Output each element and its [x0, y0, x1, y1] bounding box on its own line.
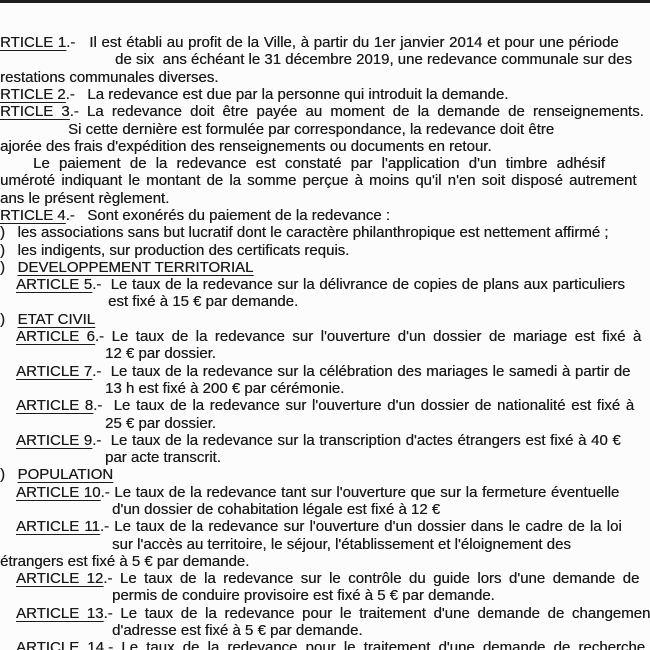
article-8-line-1-text: .- Le taux de la redevance sur l'ouvertu…: [93, 397, 634, 414]
article-6-line-1: ARTICLE 6.- Le taux de la redevance sur …: [16, 328, 641, 345]
exoneration-item-1-text: ) les associations sans but lucratif don…: [0, 224, 608, 241]
article-2-line-1-text: .- La redevance est due par la personne …: [66, 86, 509, 103]
section-population: ) POPULATION: [0, 466, 113, 483]
article-3-line-1-label: RTICLE 3: [0, 103, 70, 120]
article-1-line-1-label: RTICLE 1: [0, 34, 66, 51]
article-11-line-3: étrangers est fixé à 5 € par demande.: [0, 553, 249, 570]
document-page: RTICLE 1.- Il est établi au profit de la…: [0, 0, 650, 650]
article-3-line-1: RTICLE 3.- La redevance doit être payée …: [0, 103, 644, 120]
article-4-line-1: RTICLE 4.- Sont exonérés du paiement de …: [0, 207, 390, 224]
article-11-line-2: sur l'accès au territoire, le séjour, l'…: [112, 536, 571, 553]
article-8-line-2: 25 € par dossier.: [105, 415, 216, 432]
exoneration-item-2: ) les indigents, sur production des cert…: [0, 242, 349, 259]
exoneration-item-2-text: ) les indigents, sur production des cert…: [0, 242, 349, 259]
article-1-line-3-text: restations communales diverses.: [0, 69, 218, 86]
exoneration-item-1: ) les associations sans but lucratif don…: [0, 224, 608, 241]
article-4-line-1-label: RTICLE 4: [0, 207, 66, 224]
article-10-line-2-text: d'un dossier de cohabitation légale est …: [112, 501, 440, 518]
article-11-line-1: ARTICLE 11.- Le taux de la redevance sur…: [16, 518, 622, 535]
article-6-line-2: 12 € par dossier.: [105, 345, 216, 362]
article-9-line-2: par acte transcrit.: [105, 449, 221, 466]
article-9-line-1: ARTICLE 9.- Le taux de la redevance sur …: [16, 432, 621, 449]
article-6-line-1-text: .- Le taux de la redevance sur l'ouvertu…: [95, 328, 641, 345]
article-13-line-1-text: .- Le taux de la redevance pour le trait…: [103, 605, 650, 622]
document-text: RTICLE 1.- Il est établi au profit de la…: [0, 0, 650, 650]
article-5-line-1: ARTICLE 5.- Le taux de la redevance sur …: [16, 276, 625, 293]
article-12-line-1: ARTICLE 12.- Le taux de la redevance sur…: [16, 570, 639, 587]
section-developpement-territorial: ) DEVELOPPEMENT TERRITORIAL: [0, 259, 253, 276]
article-11-line-1-text: .- Le taux de la redevance sur l'ouvertu…: [100, 518, 622, 535]
article-13-line-2: d'adresse est fixé à 5 € par demande.: [112, 622, 363, 639]
article-3-para2-line-2-text: uméroté indiquant le montant de la somme…: [0, 172, 637, 189]
article-1-line-2: de six ans échéant le 31 décembre 2019, …: [115, 51, 632, 68]
article-1-line-3: restations communales diverses.: [0, 69, 218, 86]
section-etat-civil: ) ETAT CIVIL: [0, 311, 95, 328]
article-5-line-1-label: ARTICLE 5: [16, 276, 92, 293]
article-1-line-2-text: de six ans échéant le 31 décembre 2019, …: [115, 51, 632, 68]
article-10-line-2: d'un dossier de cohabitation légale est …: [112, 501, 440, 518]
article-14-line-1-text: .- Le taux de la redevance pour le trait…: [104, 639, 645, 650]
article-10-line-1-text: .- Le taux de la redevance tant sur l'ou…: [100, 484, 619, 501]
article-2-line-1-label: RTICLE 2: [0, 86, 66, 103]
article-13-line-1-label: ARTICLE 13: [16, 605, 103, 622]
article-12-line-2: permis de conduire provisoire est fixé à…: [112, 587, 495, 604]
article-3-line-1-text: .- La redevance doit être payée au momen…: [70, 103, 644, 120]
article-3-para2-line-3-text: ans le présent règlement.: [0, 190, 169, 207]
section-population-label: POPULATION: [18, 466, 114, 483]
article-3-para2-line-2: uméroté indiquant le montant de la somme…: [0, 172, 637, 189]
article-1-line-1: RTICLE 1.- Il est établi au profit de la…: [0, 34, 619, 51]
article-10-line-1-label: ARTICLE 10: [16, 484, 100, 501]
article-7-line-2-text: 13 h est fixé à 200 € par cérémonie.: [105, 380, 344, 397]
article-11-line-2-text: sur l'accès au territoire, le séjour, l'…: [112, 536, 571, 553]
article-5-line-2: est fixé à 15 € par demande.: [108, 293, 298, 310]
article-14-line-1-label: ARTICLE 14: [16, 639, 104, 650]
article-10-line-1: ARTICLE 10.- Le taux de la redevance tan…: [16, 484, 619, 501]
article-3-para2-line-1: Le paiement de la redevance est constaté…: [33, 155, 605, 172]
article-5-line-1-text: .- Le taux de la redevance sur la délivr…: [92, 276, 625, 293]
article-6-line-2-text: 12 € par dossier.: [105, 345, 216, 362]
article-3-line-2: Si cette dernière est formulée par corre…: [68, 121, 554, 138]
article-6-line-1-label: ARTICLE 6: [16, 328, 95, 345]
article-9-line-1-label: ARTICLE 9: [16, 432, 92, 449]
article-12-line-2-text: permis de conduire provisoire est fixé à…: [112, 587, 495, 604]
section-population-text: ): [0, 466, 18, 483]
article-9-line-1-text: .- Le taux de la redevance sur la transc…: [92, 432, 621, 449]
article-1-line-1-text: .- Il est établi au profit de la Ville, …: [66, 34, 619, 51]
article-8-line-1: ARTICLE 8.- Le taux de la redevance sur …: [16, 397, 634, 414]
article-14-line-1: ARTICLE 14.- Le taux de la redevance pou…: [16, 639, 645, 650]
article-2-line-1: RTICLE 2.- La redevance est due par la p…: [0, 86, 508, 103]
article-3-para2-line-3: ans le présent règlement.: [0, 190, 169, 207]
section-developpement-territorial-label: DEVELOPPEMENT TERRITORIAL: [18, 259, 254, 276]
article-7-line-1-text: .- Le taux de la redevance sur la célébr…: [92, 363, 630, 380]
article-11-line-3-text: étrangers est fixé à 5 € par demande.: [0, 553, 249, 570]
section-etat-civil-label: ETAT CIVIL: [18, 311, 96, 328]
article-7-line-1: ARTICLE 7.- Le taux de la redevance sur …: [16, 363, 630, 380]
article-3-para2-line-1-text: Le paiement de la redevance est constaté…: [33, 155, 605, 172]
article-3-line-3-text: ajorée des frais d'expédition des rensei…: [0, 138, 492, 155]
section-etat-civil-text: ): [0, 311, 18, 328]
article-8-line-1-label: ARTICLE 8: [16, 397, 93, 414]
article-5-line-2-text: est fixé à 15 € par demande.: [108, 293, 298, 310]
article-12-line-1-text: .- Le taux de la redevance sur le contrô…: [103, 570, 639, 587]
article-4-line-1-text: .- Sont exonérés du paiement de la redev…: [66, 207, 390, 224]
article-3-line-2-text: Si cette dernière est formulée par corre…: [68, 121, 554, 138]
article-11-line-1-label: ARTICLE 11: [16, 518, 100, 535]
article-12-line-1-label: ARTICLE 12: [16, 570, 103, 587]
article-7-line-1-label: ARTICLE 7: [16, 363, 92, 380]
article-8-line-2-text: 25 € par dossier.: [105, 415, 216, 432]
article-13-line-2-text: d'adresse est fixé à 5 € par demande.: [112, 622, 363, 639]
article-3-line-3: ajorée des frais d'expédition des rensei…: [0, 138, 492, 155]
article-9-line-2-text: par acte transcrit.: [105, 449, 221, 466]
article-7-line-2: 13 h est fixé à 200 € par cérémonie.: [105, 380, 344, 397]
article-13-line-1: ARTICLE 13.- Le taux de la redevance pou…: [16, 605, 650, 622]
section-developpement-territorial-text: ): [0, 259, 18, 276]
